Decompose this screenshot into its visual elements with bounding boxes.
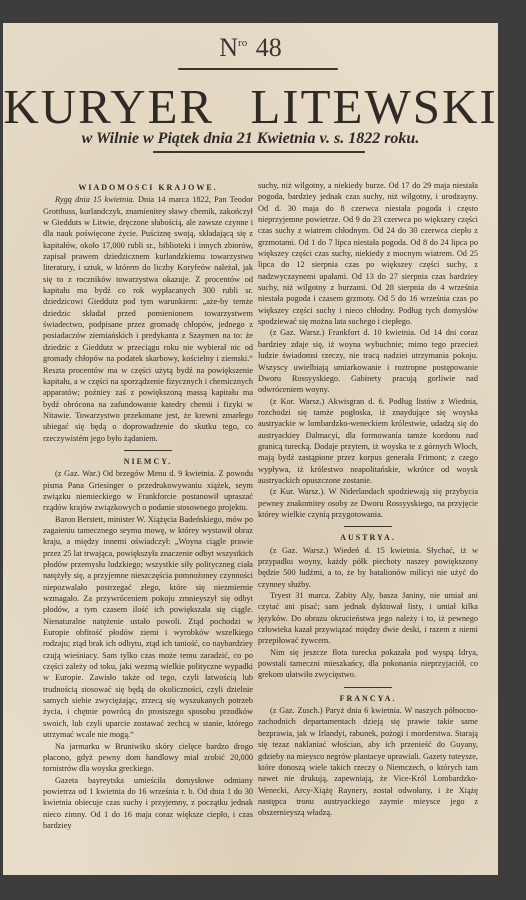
masthead-rule-top: [178, 68, 338, 70]
article-weather-continued: suchy, niż wilgotny, a niekiedy burze. O…: [258, 180, 478, 327]
article-niderlandy: (z Kur. Warsz.). W Niderlandach spodziew…: [258, 486, 478, 520]
right-column: suchy, niż wilgotny, a niekiedy burze. O…: [258, 180, 478, 819]
issue-number: Nro 48: [3, 33, 498, 63]
section-divider: [124, 450, 172, 451]
section-divider: [344, 687, 392, 688]
newspaper-title: KURYER LITEWSKI: [3, 78, 498, 135]
article-text: Dnia 14 marca 1822, Pan Teodor Grotthuss…: [43, 195, 253, 442]
article-akwisgran: (z Kor. Warsz.) Akwisgran d. 6. Podług l…: [258, 396, 478, 487]
section-heading-austria: AUSTRYA.: [258, 532, 478, 543]
article-frankfort: (z Gaz. Warsz.) Frankfort d. 10 kwietnia…: [258, 327, 478, 395]
article-dateline: Rygą dnia 15 kwietnia.: [55, 195, 135, 204]
article-germany-3: Na jarmarku w Bruniwiku skóry cielęce ba…: [43, 741, 253, 775]
article-austria-1: (z Gaz. Warsz.) Wiedeń d. 15 kwietnia. S…: [258, 545, 478, 590]
dateline-subtitle: w Wilnie w Piątek dnia 21 Kwietnia v. s.…: [3, 130, 498, 148]
issue-number-sup: ro: [238, 37, 247, 49]
newspaper-page: Nro 48 KURYER LITEWSKI w Wilnie w Piątek…: [3, 23, 498, 875]
issue-number-value: 48: [256, 33, 282, 62]
section-divider: [344, 526, 392, 527]
article-austria-2: Tryest 31 marca. Zabity Aly, basza Janin…: [258, 590, 478, 647]
masthead-rule-bottom: [153, 151, 365, 153]
issue-number-prefix: N: [219, 33, 238, 62]
article-germany-4: Gazeta bayreytska umieściła domysłowe od…: [43, 775, 253, 832]
left-column: WIADOMOSCI KRAJOWE. Rygą dnia 15 kwietni…: [43, 180, 253, 831]
article-germany-2: Baron Berstett, minister W. Xiążęcia Bad…: [43, 514, 253, 741]
section-heading-germany: NIEMCY.: [43, 456, 253, 467]
article-germany-1: (z Gaz. War.) Od brzegów Menu d. 9 kwiet…: [43, 468, 253, 513]
section-heading-domestic: WIADOMOSCI KRAJOWE.: [43, 182, 253, 193]
section-heading-france: FRANCYA.: [258, 693, 478, 704]
article-domestic: Rygą dnia 15 kwietnia. Dnia 14 marca 182…: [43, 194, 253, 444]
article-austria-3: Nim się jeszcze flota turecka pokazała p…: [258, 647, 478, 681]
article-france-1: (z Gaz. Zusch.) Paryż dnia 6 kwietnia. W…: [258, 705, 478, 818]
